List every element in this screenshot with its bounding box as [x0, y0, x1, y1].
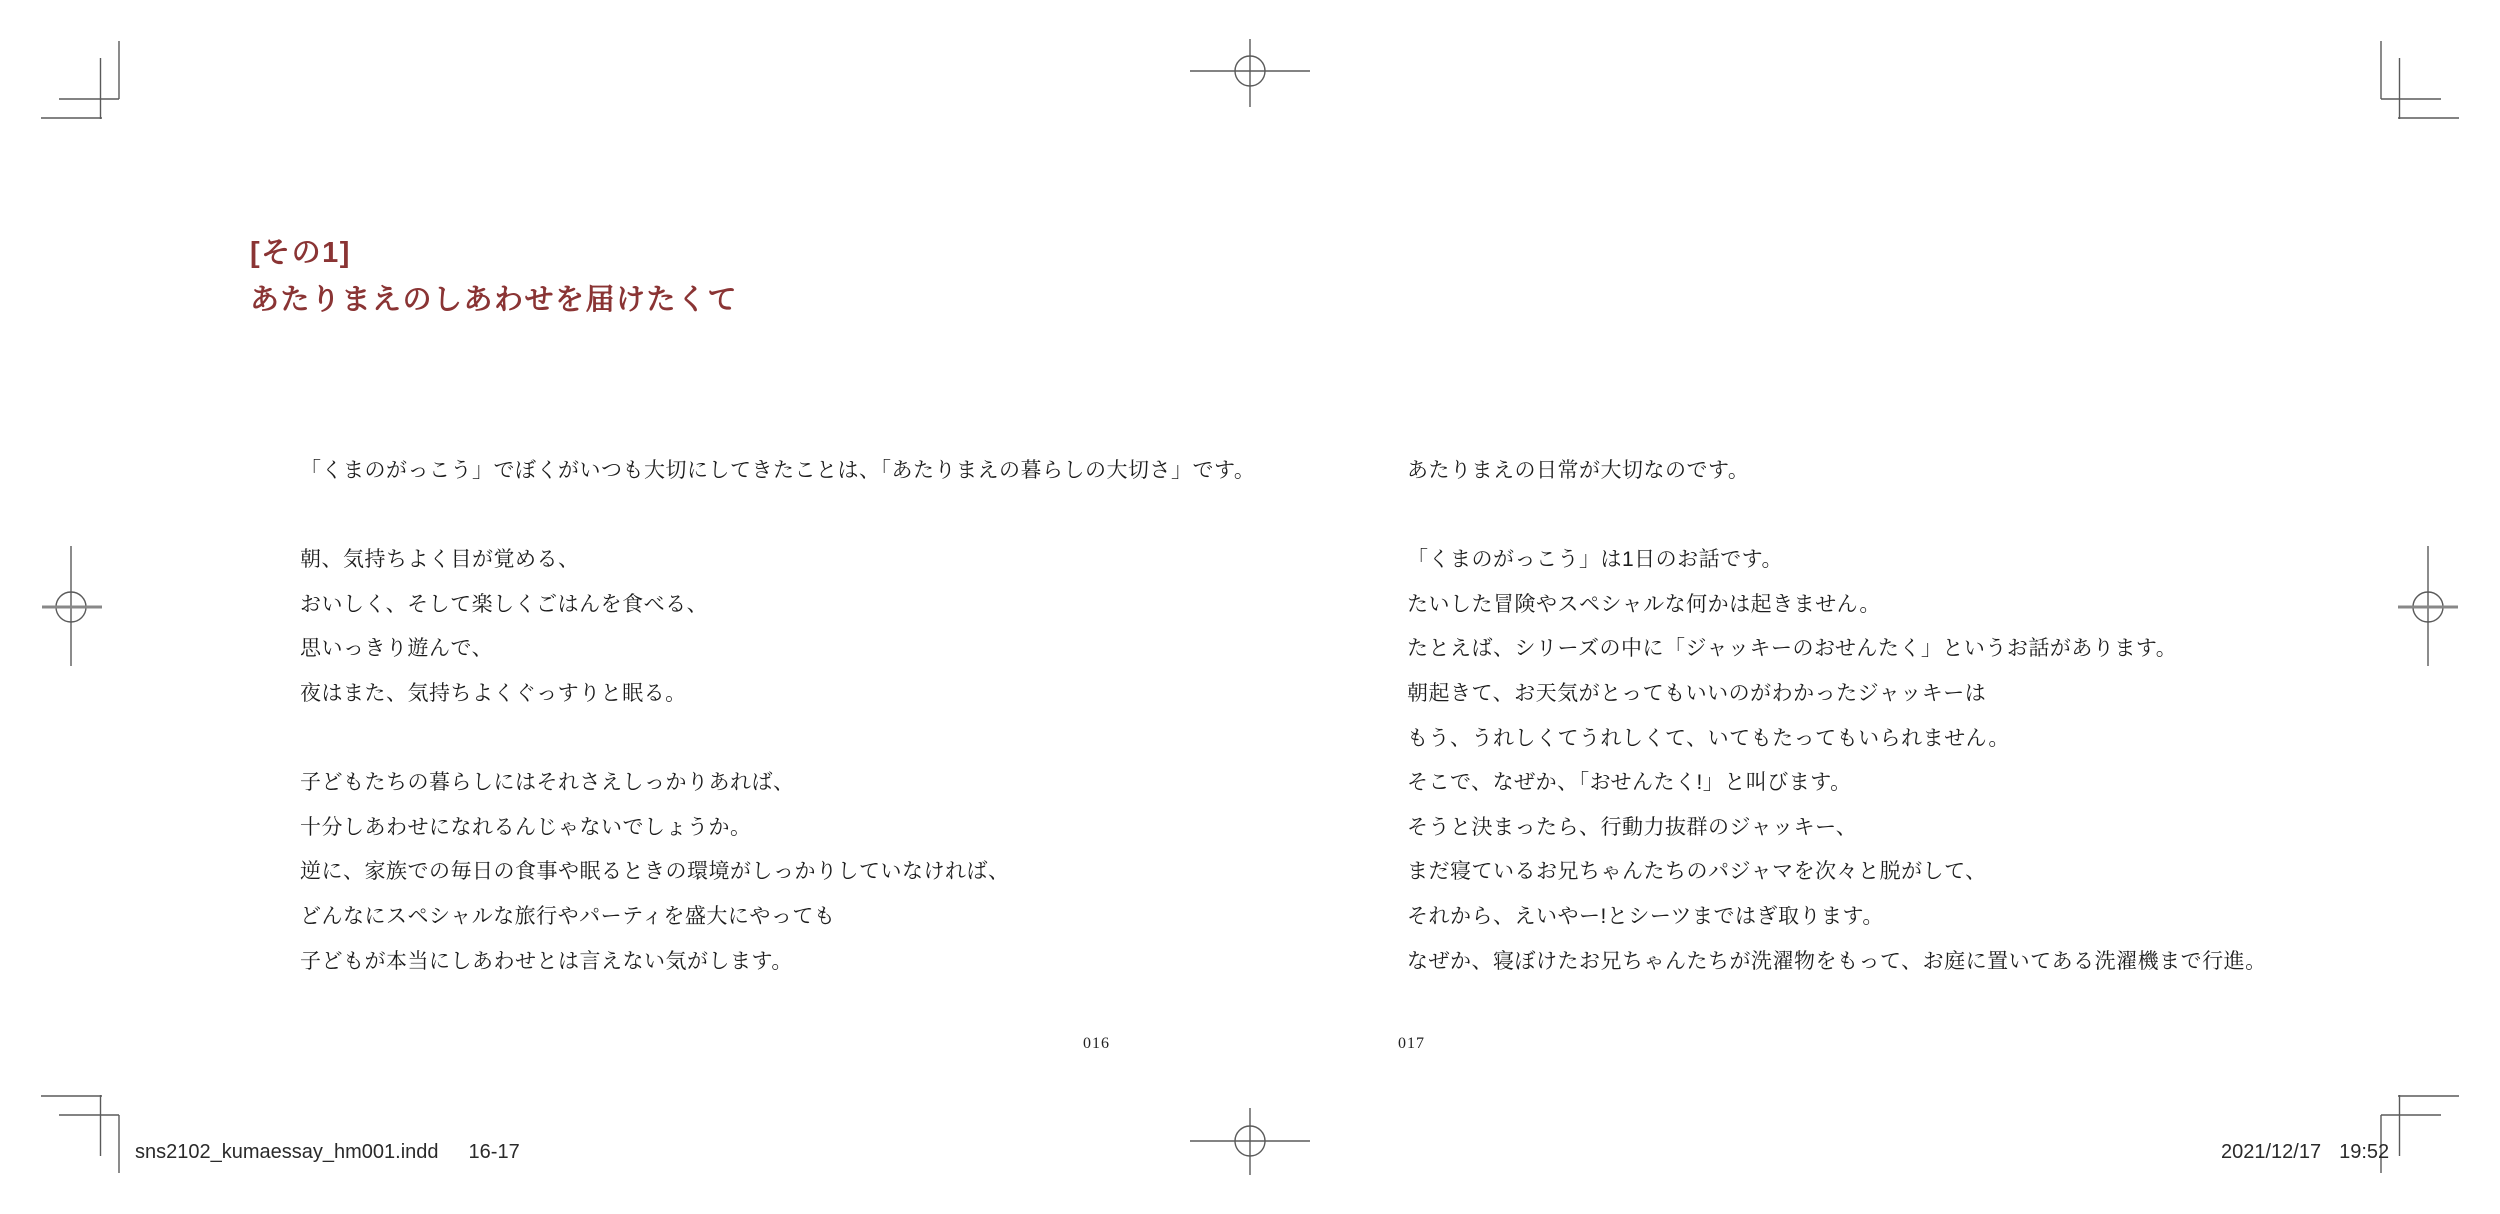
text-line: 朝、気持ちよく目が覚める、: [300, 538, 1255, 583]
trim-mark-bottom-right: [2381, 1095, 2459, 1173]
registration-mark-left-center: [42, 546, 102, 666]
trim-mark-top-left: [41, 41, 119, 119]
chapter-title-line1: [その1]: [250, 230, 738, 277]
book-spread-proof: [その1] あたりまえのしあわせを届けたくて 「くまのがっこう」でぼくがいつも大…: [0, 0, 2500, 1214]
page-number-right: 017: [1398, 1035, 1425, 1053]
text-line: 十分しあわせになれるんじゃないでしょうか。: [300, 806, 1255, 851]
text-line: 夜はまた、気持ちよくぐっすりと眠る。: [300, 672, 1255, 717]
registration-mark-bottom-center: [1190, 1108, 1310, 1175]
text-line: たとえば、シリーズの中に「ジャッキーのおせんたく」というお話があります。: [1407, 627, 2267, 672]
text-line: そうと決まったら、行動力抜群のジャッキー、: [1407, 806, 2267, 851]
text-line: 「くまのがっこう」は1日のお話です。: [1407, 538, 2267, 583]
slug-datetime-block: 2021/12/1719:52: [2221, 1141, 2389, 1164]
text-line: 子どもが本当にしあわせとは言えない気がします。: [300, 940, 1255, 985]
slug-filename-block: sns2102_kumaessay_hm001.indd16-17: [135, 1141, 520, 1164]
text-line: おいしく、そして楽しくごはんを食べる、: [300, 583, 1255, 628]
paragraph: 「くまのがっこう」は1日のお話です。たいした冒険やスペシャルな何かは起きません。…: [1407, 538, 2267, 984]
text-line: 逆に、家族での毎日の食事や眠るときの環境がしっかりしていなければ、: [300, 850, 1255, 895]
text-line: 子どもたちの暮らしにはそれさえしっかりあれば、: [300, 761, 1255, 806]
slug-time: 19:52: [2339, 1141, 2389, 1163]
right-page-body: あたりまえの日常が大切なのです。「くまのがっこう」は1日のお話です。たいした冒険…: [1407, 449, 2267, 984]
text-line: どんなにスペシャルな旅行やパーティを盛大にやっても: [300, 895, 1255, 940]
slug-date: 2021/12/17: [2221, 1141, 2321, 1163]
slug-page-range: 16-17: [469, 1141, 520, 1163]
text-line: そこで、なぜか、「おせんたく!」と叫びます。: [1407, 761, 2267, 806]
left-page-body: 「くまのがっこう」でぼくがいつも大切にしてきたことは、「あたりまえの暮らしの大切…: [300, 449, 1255, 984]
registration-mark-right-center: [2398, 546, 2458, 666]
paragraph: あたりまえの日常が大切なのです。: [1407, 449, 2267, 494]
text-line: たいした冒険やスペシャルな何かは起きません。: [1407, 583, 2267, 628]
chapter-title-line2: あたりまえのしあわせを届けたくて: [250, 277, 738, 324]
paragraph: 子どもたちの暮らしにはそれさえしっかりあれば、十分しあわせになれるんじゃないでし…: [300, 761, 1255, 984]
text-line: 朝起きて、お天気がとってもいいのがわかったジャッキーは: [1407, 672, 2267, 717]
paragraph: 「くまのがっこう」でぼくがいつも大切にしてきたことは、「あたりまえの暮らしの大切…: [300, 449, 1255, 494]
slug-filename: sns2102_kumaessay_hm001.indd: [135, 1141, 439, 1163]
text-line: あたりまえの日常が大切なのです。: [1407, 449, 2267, 494]
text-line: なぜか、寝ぼけたお兄ちゃんたちが洗濯物をもって、お庭に置いてある洗濯機まで行進。: [1407, 940, 2267, 985]
text-line: それから、えいやー!とシーツまではぎ取ります。: [1407, 895, 2267, 940]
paragraph: 朝、気持ちよく目が覚める、おいしく、そして楽しくごはんを食べる、思いっきり遊んで…: [300, 538, 1255, 716]
text-line: もう、うれしくてうれしくて、いてもたってもいられません。: [1407, 717, 2267, 762]
trim-mark-top-right: [2381, 41, 2459, 119]
text-line: 思いっきり遊んで、: [300, 627, 1255, 672]
page-number-left: 016: [1083, 1035, 1110, 1053]
registration-mark-top-center: [1190, 39, 1310, 107]
text-line: 「くまのがっこう」でぼくがいつも大切にしてきたことは、「あたりまえの暮らしの大切…: [300, 449, 1255, 494]
trim-mark-bottom-left: [41, 1095, 119, 1173]
chapter-title: [その1] あたりまえのしあわせを届けたくて: [250, 230, 738, 324]
text-line: まだ寝ているお兄ちゃんたちのパジャマを次々と脱がして、: [1407, 850, 2267, 895]
